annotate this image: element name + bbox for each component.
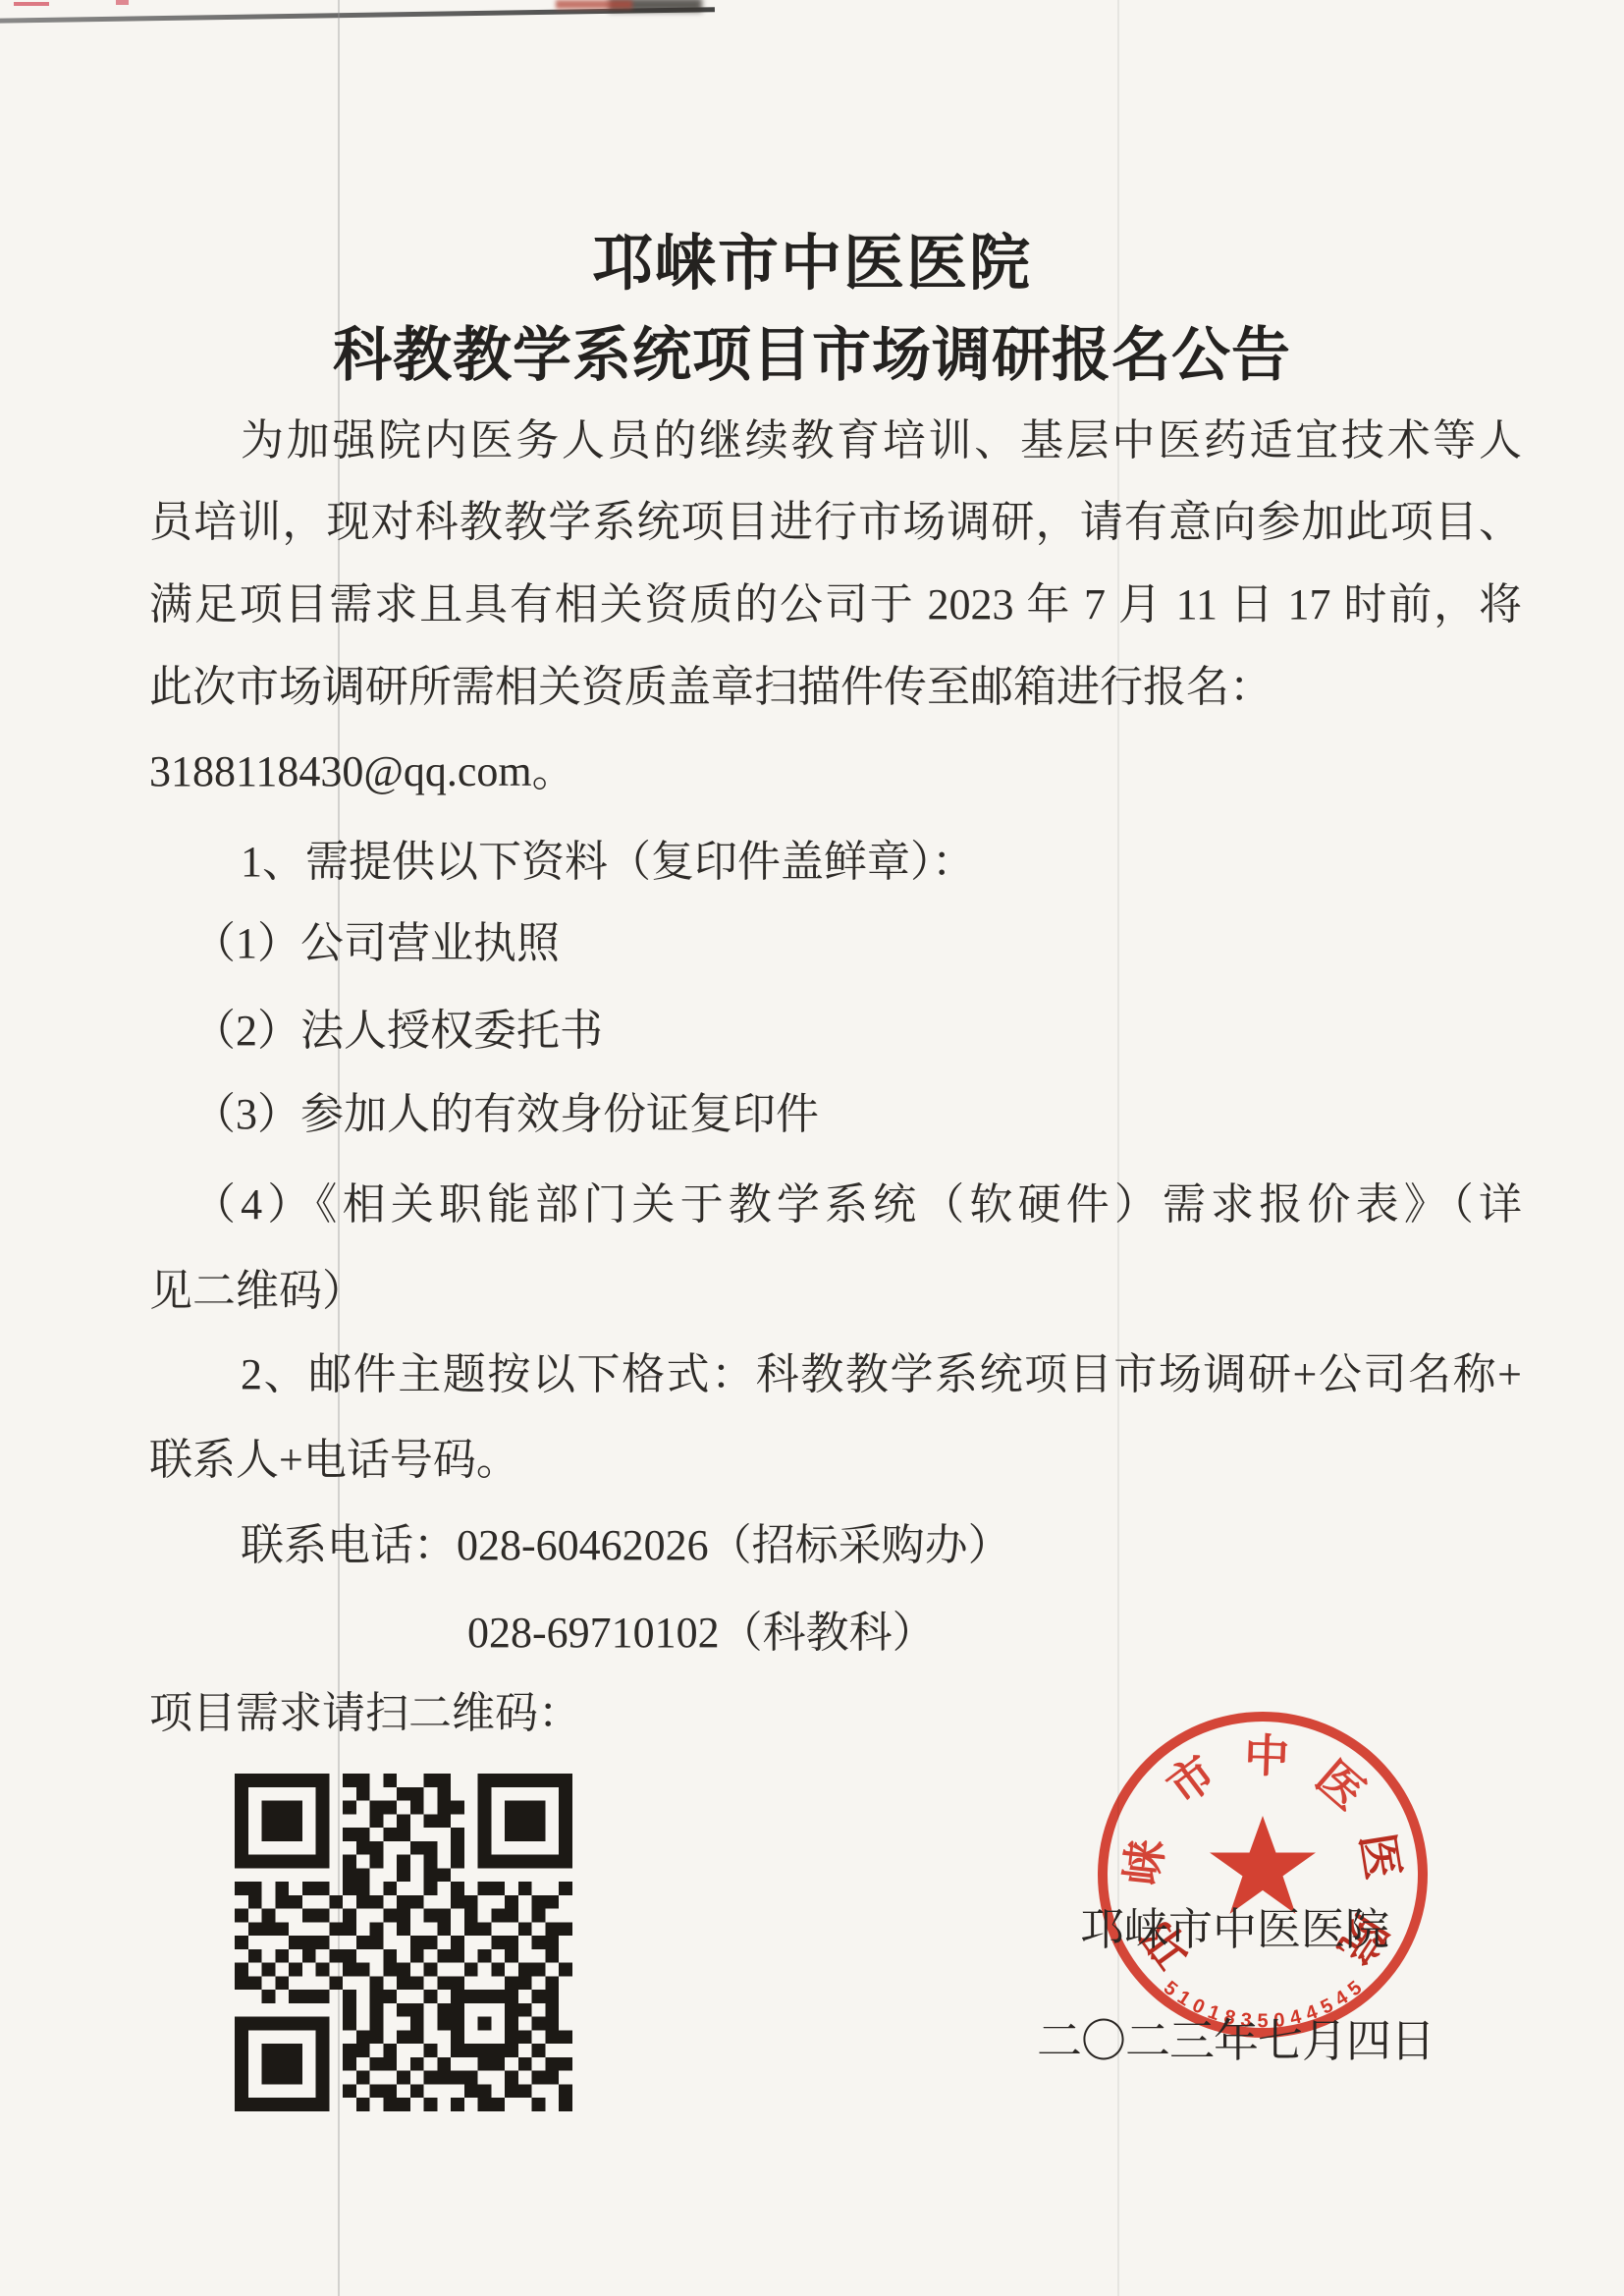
list-item-2-cont: 联系人+电话号码。	[149, 1432, 519, 1488]
seal-arc-char: 崃	[1107, 1836, 1175, 1888]
body-line: 满足项目需求且具有相关资质的公司于 2023 年 7 月 11 日 17 时前，…	[149, 576, 1522, 632]
body-line: 员培训，现对科教教学系统项目进行市场调研，请有意向参加此项目、	[149, 494, 1522, 550]
signature-date: 二〇二三年七月四日	[1037, 2005, 1435, 2070]
sub-item-1: （1）公司营业执照	[192, 915, 560, 971]
body-line: 此次市场调研所需相关资质盖章扫描件传至邮箱进行报名：	[149, 659, 1272, 715]
scan-artifact-red-mark	[116, 0, 129, 5]
signature-org-name: 邛崃市中医医院	[1080, 1893, 1389, 1957]
list-item-2: 2、邮件主题按以下格式：科教教学系统项目市场调研+公司名称+	[241, 1346, 1522, 1402]
seal-arc-char: 中	[1243, 1720, 1290, 1786]
list-item-1: 1、需提供以下资料（复印件盖鲜章）：	[241, 834, 975, 890]
phone-line-2: 028-69710102（科教科）	[467, 1605, 936, 1661]
sub-item-2: （2）法人授权委托书	[192, 1003, 603, 1059]
qr-code	[235, 1774, 572, 2111]
sub-item-4: （4）《相关职能部门关于教学系统（软硬件）需求报价表》（详	[192, 1176, 1522, 1232]
qr-pattern	[235, 1774, 572, 2111]
scan-artifact-red-mark	[556, 0, 632, 9]
sub-item-4-cont: 见二维码）	[149, 1263, 365, 1319]
official-seal: 邛崃市中医医院5101835044545	[1098, 1712, 1428, 2038]
scan-artifact-top-edge	[0, 7, 715, 24]
sub-item-3: （3）参加人的有效身份证复印件	[192, 1086, 819, 1142]
qr-caption: 项目需求请扫二维码：	[149, 1685, 581, 1741]
body-line: 为加强院内医务人员的继续教育培训、基层中医药适宜技术等人	[241, 412, 1522, 468]
email-line: 3188118430@qq.com。	[149, 743, 575, 799]
document-title-line2: 科教教学系统项目市场调研报名公告	[0, 308, 1624, 393]
scanned-document-page: 邛崃市中医医院 科教教学系统项目市场调研报名公告 为加强院内医务人员的继续教育培…	[0, 0, 1624, 2296]
phone-line-1: 联系电话：028-60462026（招标采购办）	[241, 1517, 1011, 1573]
document-title-line1: 邛崃市中医医院	[0, 214, 1624, 301]
scan-artifact-red-mark	[14, 2, 49, 6]
